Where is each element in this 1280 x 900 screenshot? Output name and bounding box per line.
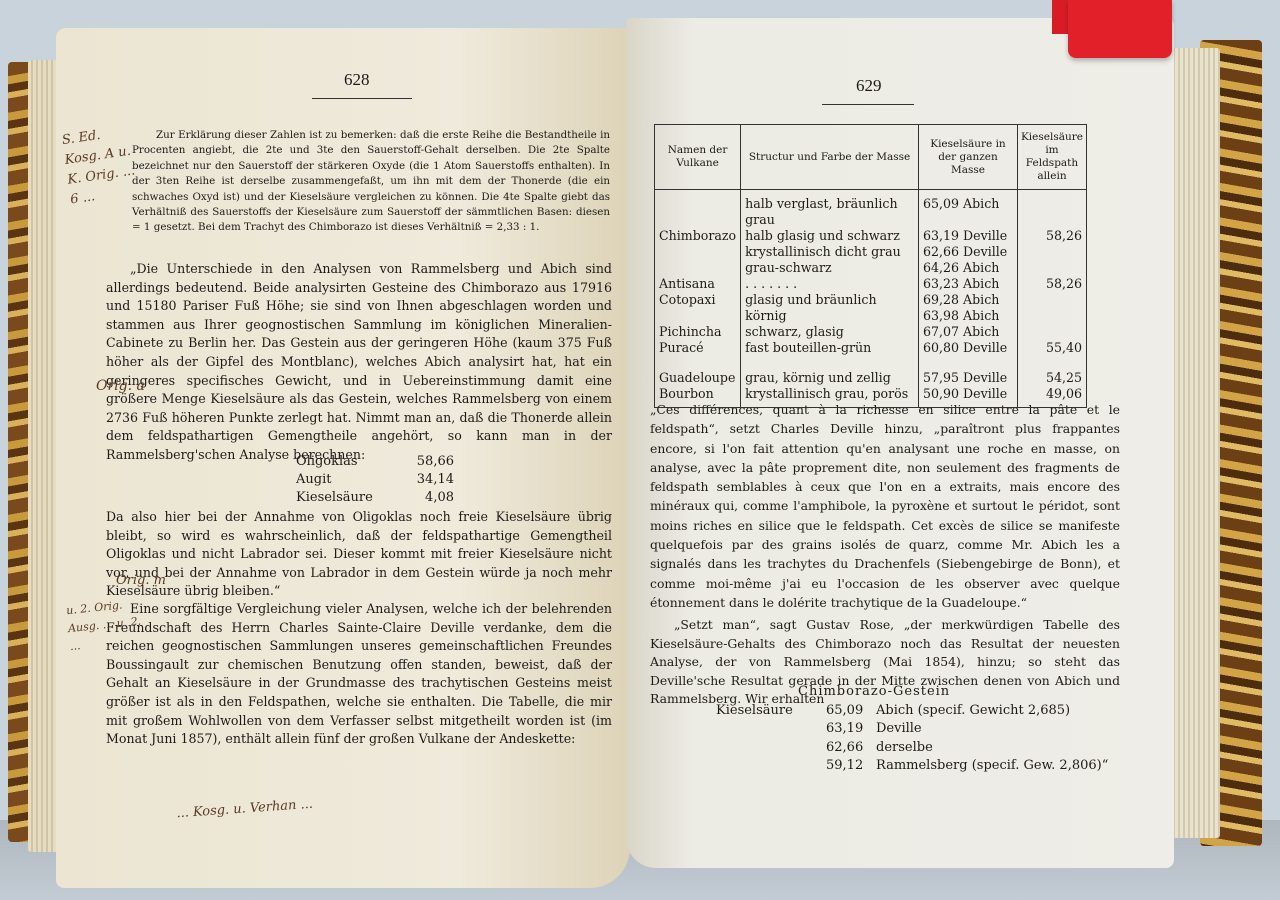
table-separator-row [655, 356, 1087, 370]
page-number-right: 629 [856, 76, 882, 96]
table-row [655, 402, 1087, 408]
footnote: Zur Erklärung dieser Zahlen ist zu bemer… [132, 128, 610, 236]
ribbon-bookmark[interactable] [1068, 0, 1172, 58]
col-header-feldspar: Kieselsäure im Feldspath allein [1017, 125, 1086, 190]
page-number-left: 628 [344, 70, 370, 90]
table-row: Cotopaxiglasig und bräunlich69,28 Abich [655, 292, 1087, 308]
handwritten-note: ... Kosg. u. Verhan ... [176, 780, 556, 821]
result-row: 62,66derselbe [716, 739, 1108, 758]
french-quote: „Ces différences, quant à la richesse en… [650, 400, 1120, 612]
mineral-calculation: Oligoklas58,66 Augit34,14 Kieselsäure4,0… [296, 453, 454, 507]
col-header-structure: Structur und Farbe der Masse [741, 125, 919, 190]
calc-row: Augit34,14 [296, 471, 454, 489]
table-row: halb verglast, bräunlich grau65,09 Abich [655, 196, 1087, 228]
chimborazo-title: Chimborazo-Gestein [716, 683, 1108, 702]
table-row: Guadeloupegrau, körnig und zellig57,95 D… [655, 370, 1087, 386]
result-row: Kieselsäure65,09Abich (specif. Gewicht 2… [716, 702, 1108, 721]
col-header-volcano: Namen der Vulkane [655, 125, 741, 190]
result-row: 59,12Rammelsberg (specif. Gew. 2,806)“ [716, 757, 1108, 776]
table-row: Chimborazohalb glasig und schwarz63,19 D… [655, 228, 1087, 244]
table-row: grau-schwarz64,26 Abich [655, 260, 1087, 276]
paragraph-3: Eine sorgfältige Vergleichung vieler Ana… [106, 600, 612, 749]
col-header-silica: Kieselsäure in der ganzen Masse [918, 125, 1017, 190]
header-rule [822, 104, 914, 105]
table-header-row: Namen der Vulkane Structur und Farbe der… [655, 125, 1087, 190]
handwritten-note: Orig. m [116, 573, 166, 588]
volcano-silica-table: Namen der Vulkane Structur und Farbe der… [654, 124, 1087, 408]
table-row: Bourbonkrystallinisch grau, porös50,90 D… [655, 386, 1087, 402]
calc-row: Kieselsäure4,08 [296, 489, 454, 507]
chimborazo-results: Chimborazo-Gestein Kieselsäure65,09Abich… [716, 683, 1108, 776]
header-rule [312, 98, 412, 99]
table-row: Antisana. . . . . . .63,23 Abich58,26 [655, 276, 1087, 292]
left-page: 628 Zur Erklärung dieser Zahlen ist zu b… [56, 28, 630, 888]
handwritten-note: S. Ed. Kosg. A u. K. Orig. ... 6 ... [61, 122, 141, 211]
calc-row: Oligoklas58,66 [296, 453, 454, 471]
table-row: krystallinisch dicht grau62,66 Deville [655, 244, 1087, 260]
table-row: körnig63,98 Abich [655, 308, 1087, 324]
handwritten-note: u. 2. Orig. Ausg. ... u. 2. ... [65, 594, 150, 656]
result-row: 63,19Deville [716, 720, 1108, 739]
paragraph-1: „Die Unterschiede in den Analysen von Ra… [106, 260, 612, 465]
paragraph-2: Da also hier bei der Annahme von Oligokl… [106, 508, 612, 601]
table-row: Pichinchaschwarz, glasig67,07 Abich [655, 324, 1087, 340]
table-row: Puracéfast bouteillen-grün60,80 Deville5… [655, 340, 1087, 356]
handwritten-note: Orig. a [96, 378, 145, 394]
